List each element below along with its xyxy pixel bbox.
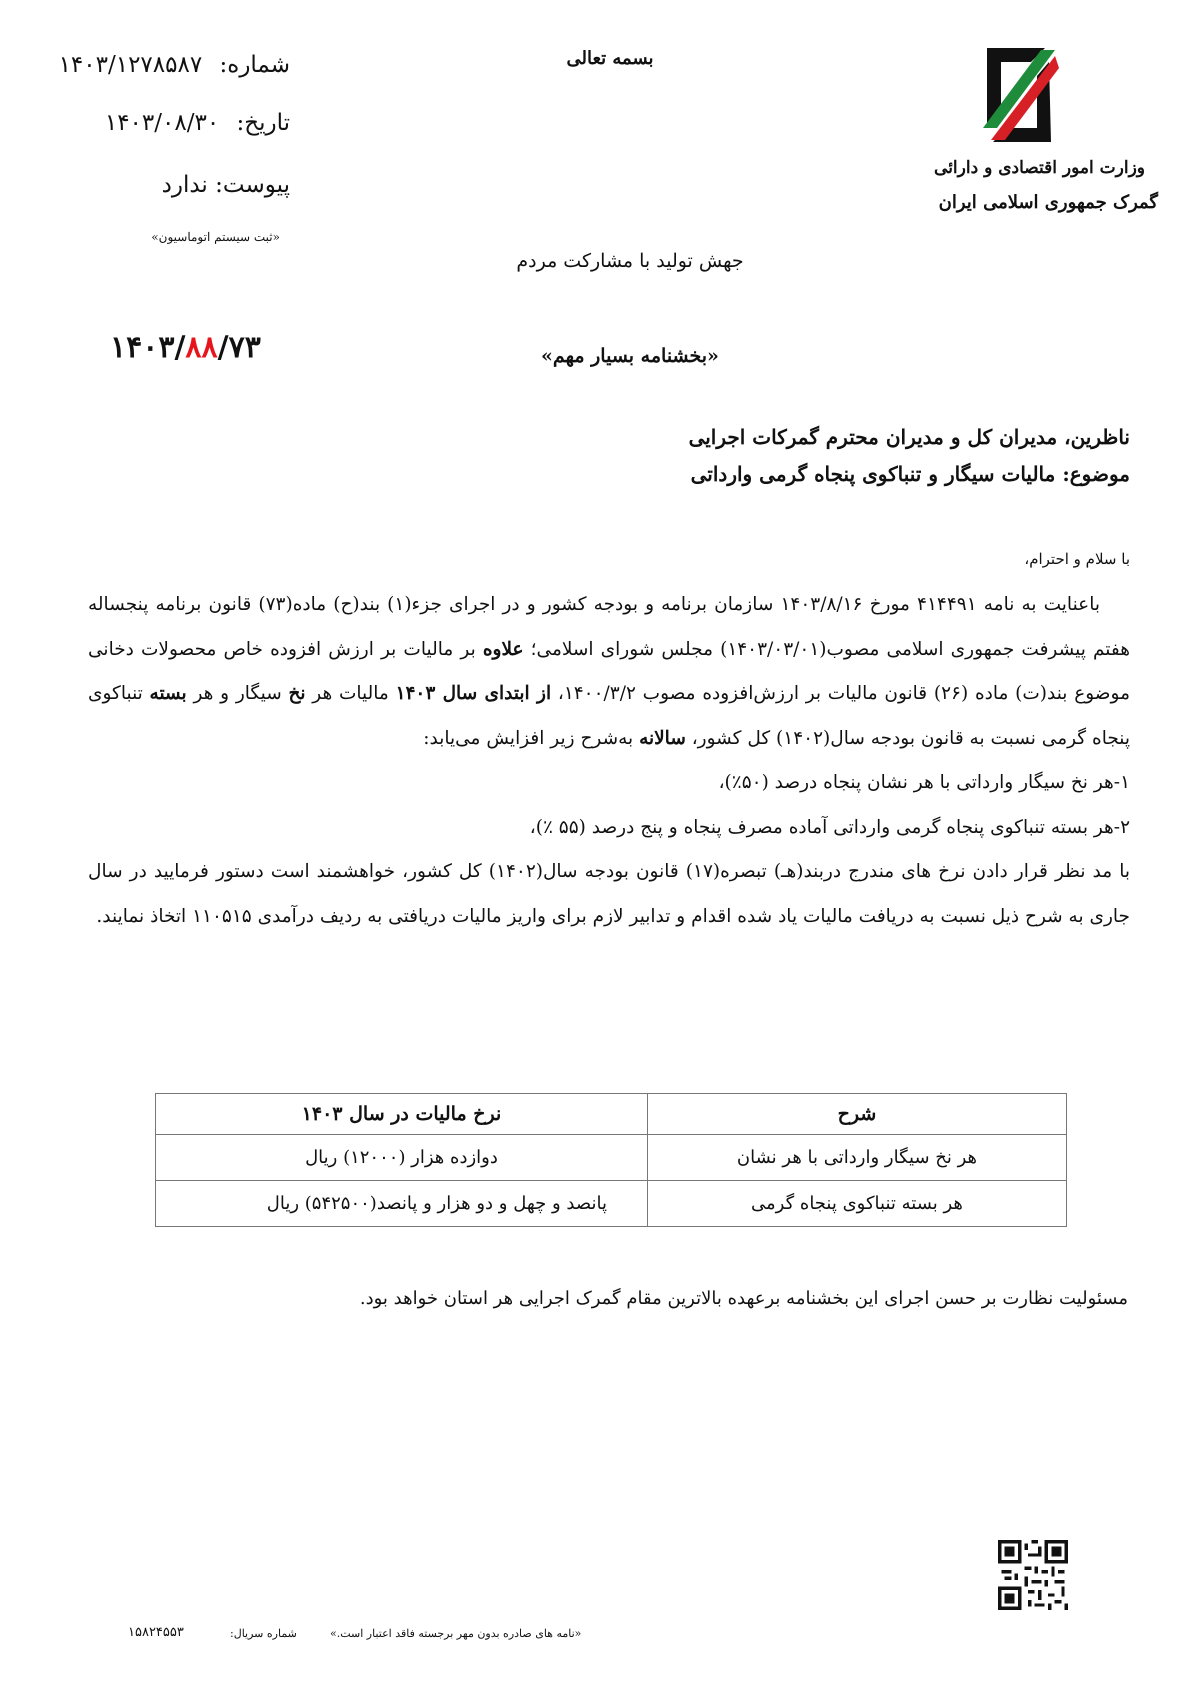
body-paragraph-1: باعنایت به نامه ۴۱۴۴۹۱ مورخ ۱۴۰۳/۸/۱۶ سا…	[88, 583, 1130, 761]
body-text: سیگار و هر	[187, 683, 289, 704]
column-header-description: شرح	[647, 1094, 1066, 1135]
cell-rate: دوازده هزار (۱۲۰۰۰) ریال	[156, 1135, 648, 1181]
list-item-2: ۲-هر بسته تنباکوی پنجاه گرمی وارداتی آما…	[88, 806, 1130, 851]
letter-attachment: پیوست: ندارد	[40, 172, 290, 198]
automation-note: «ثبت سیستم اتوماسیون»	[120, 230, 280, 244]
letter-number-value: ۱۴۰۳/۱۲۷۸۵۸۷	[59, 52, 203, 78]
table-row: هر بسته تنباکوی پنجاه گرمی پانصد و چهل و…	[156, 1181, 1067, 1227]
qr-code-icon	[998, 1540, 1068, 1610]
emphasis-text: بسته	[150, 683, 187, 704]
footer-validity-note: «نامه های صادره بدون مهر برجسته فاقد اعت…	[330, 1627, 581, 1640]
greeting: با سلام و احترام،	[1024, 550, 1130, 568]
attachment-value: ندارد	[162, 172, 208, 198]
customs-logo-icon	[975, 40, 1063, 150]
list-item-1: ۱-هر نخ سیگار وارداتی با هر نشان پنجاه د…	[88, 761, 1130, 806]
body-text: مالیات هر	[306, 683, 396, 704]
emphasis-text: علاوه	[483, 639, 524, 660]
emphasis-text: نخ	[288, 683, 305, 704]
serial-number-value: ۱۵۸۲۴۵۵۳	[128, 1625, 184, 1640]
circular-number-part3: /۷۳	[218, 330, 261, 365]
subject-line: موضوع: مالیات سیگار و تنباکوی پنجاه گرمی…	[330, 462, 1130, 486]
table-row: هر نخ سیگار وارداتی با هر نشان دوازده هز…	[156, 1135, 1067, 1181]
letter-date: تاریخ: ۱۴۰۳/۰۸/۳۰	[40, 110, 290, 136]
attachment-label: پیوست:	[215, 172, 290, 198]
year-slogan: جهش تولید با مشارکت مردم	[500, 250, 760, 272]
basmala-heading: بسمه تعالی	[540, 48, 680, 69]
emphasis-text: سالانه	[639, 728, 686, 749]
cell-description: هر بسته تنباکوی پنجاه گرمی	[647, 1181, 1066, 1227]
cell-rate: پانصد و چهل و دو هزار و پانصد(۵۴۲۵۰۰) ری…	[156, 1181, 648, 1227]
circular-title: «بخشنامه بسیار مهم»	[520, 345, 740, 367]
circular-number-part1: ۱۴۰۳/	[110, 330, 185, 365]
letter-number: شماره: ۱۴۰۳/۱۲۷۸۵۸۷	[40, 52, 290, 78]
table-header-row: شرح نرخ مالیات در سال ۱۴۰۳	[156, 1094, 1067, 1135]
circular-number: ۱۴۰۳/۸۸/۷۳	[110, 330, 261, 365]
circular-number-highlight: ۸۸	[185, 330, 217, 365]
addressee: ناظرین، مدیران کل و مدیران محترم گمرکات …	[330, 425, 1130, 449]
body-text: به‌شرح زیر افزایش می‌یابد:	[423, 728, 639, 749]
body-paragraph-2: با مد نظر قرار دادن نرخ های مندرج دربند(…	[88, 850, 1130, 939]
letter-date-value: ۱۴۰۳/۰۸/۳۰	[105, 110, 219, 136]
tax-rates-table: شرح نرخ مالیات در سال ۱۴۰۳ هر نخ سیگار و…	[155, 1093, 1067, 1227]
customs-org-name: گمرک جمهوری اسلامی ایران	[878, 192, 1158, 213]
column-header-rate: نرخ مالیات در سال ۱۴۰۳	[156, 1094, 648, 1135]
serial-number-label: شماره سریال:	[230, 1627, 297, 1640]
emphasis-text: از ابتدای سال ۱۴۰۳	[396, 683, 552, 704]
letter-date-label: تاریخ:	[236, 110, 290, 136]
cell-description: هر نخ سیگار وارداتی با هر نشان	[647, 1135, 1066, 1181]
responsibility-note: مسئولیت نظارت بر حسن اجرای این بخشنامه ب…	[228, 1288, 1128, 1309]
letter-body: باعنایت به نامه ۴۱۴۴۹۱ مورخ ۱۴۰۳/۸/۱۶ سا…	[88, 583, 1130, 939]
letter-number-label: شماره:	[220, 52, 290, 78]
ministry-name: وزارت امور اقتصادی و دارائی	[885, 158, 1145, 178]
